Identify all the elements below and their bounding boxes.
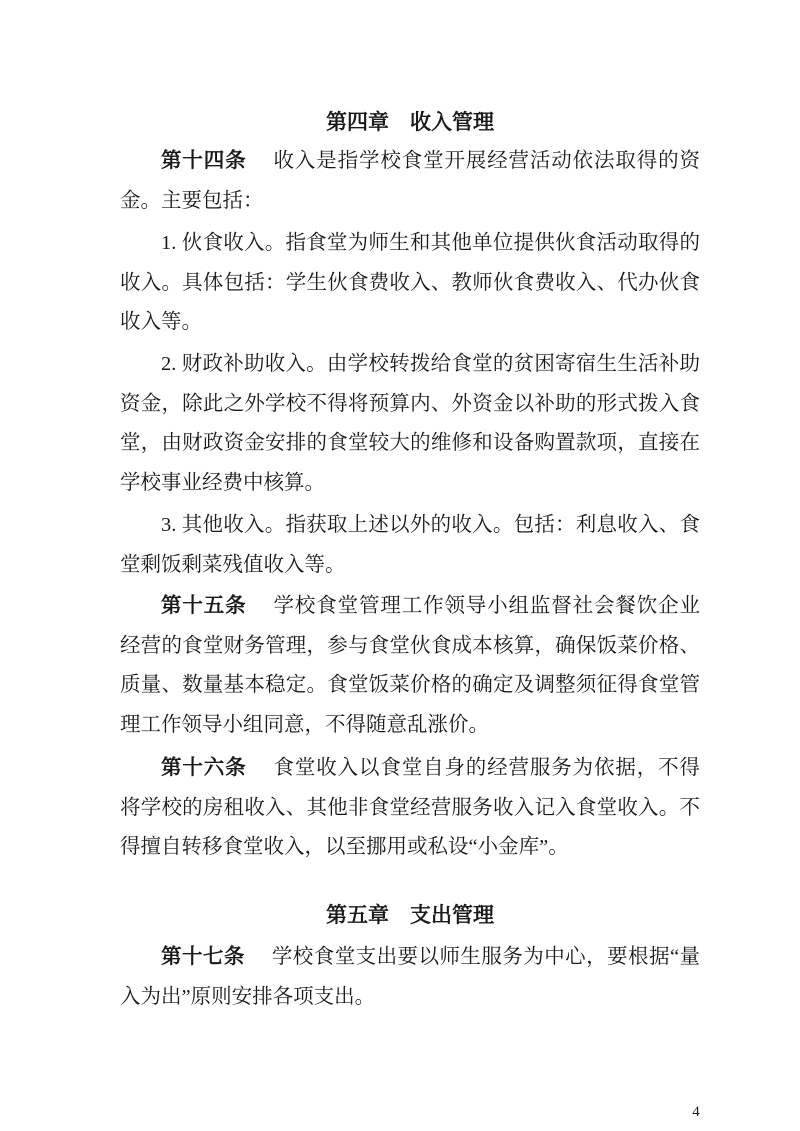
income-item-2-paragraph: 2. 财政补助收入。由学校转拨给食堂的贫困寄宿生生活补助资金，除此之外学校不得将… [120,345,700,503]
income-item-3-text: 3. 其他收入。指获取上述以外的收入。包括：利息收入、食堂剩饭剩菜残值收入等。 [120,514,700,576]
article-16-number: 第十六条 [161,757,246,779]
page-number: 4 [684,1101,708,1123]
article-14-paragraph: 第十四条收入是指学校食堂开展经营活动依法取得的资金。主要包括： [120,142,700,221]
income-item-1-paragraph: 1. 伙食收入。指食堂为师生和其他单位提供伙食活动取得的收入。具体包括：学生伙食… [120,224,700,343]
article-16-paragraph: 第十六条食堂收入以食堂自身的经营服务为依据，不得将学校的房租收入、其他非食堂经营… [120,749,700,868]
income-item-1-text: 1. 伙食收入。指食堂为师生和其他单位提供伙食活动取得的收入。具体包括：学生伙食… [120,232,700,333]
income-item-2-text: 2. 财政补助收入。由学校转拨给食堂的贫困寄宿生生活补助资金，除此之外学校不得将… [120,353,700,494]
chapter-5-heading: 第五章 支出管理 [120,895,700,935]
article-14-number: 第十四条 [161,150,246,172]
document-page: 第四章 收入管理 第十四条收入是指学校食堂开展经营活动依法取得的资金。主要包括：… [0,0,800,1131]
chapter-4-heading: 第四章 收入管理 [120,102,700,142]
article-17-number: 第十七条 [161,946,245,968]
article-17-paragraph: 第十七条学校食堂支出要以师生服务为中心，要根据“量入为出”原则安排各项支出。 [120,938,700,1017]
article-15-paragraph: 第十五条学校食堂管理工作领导小组监督社会餐饮企业经营的食堂财务管理，参与食堂伙食… [120,587,700,745]
article-15-number: 第十五条 [161,595,246,617]
income-item-3-paragraph: 3. 其他收入。指获取上述以外的收入。包括：利息收入、食堂剩饭剩菜残值收入等。 [120,506,700,585]
